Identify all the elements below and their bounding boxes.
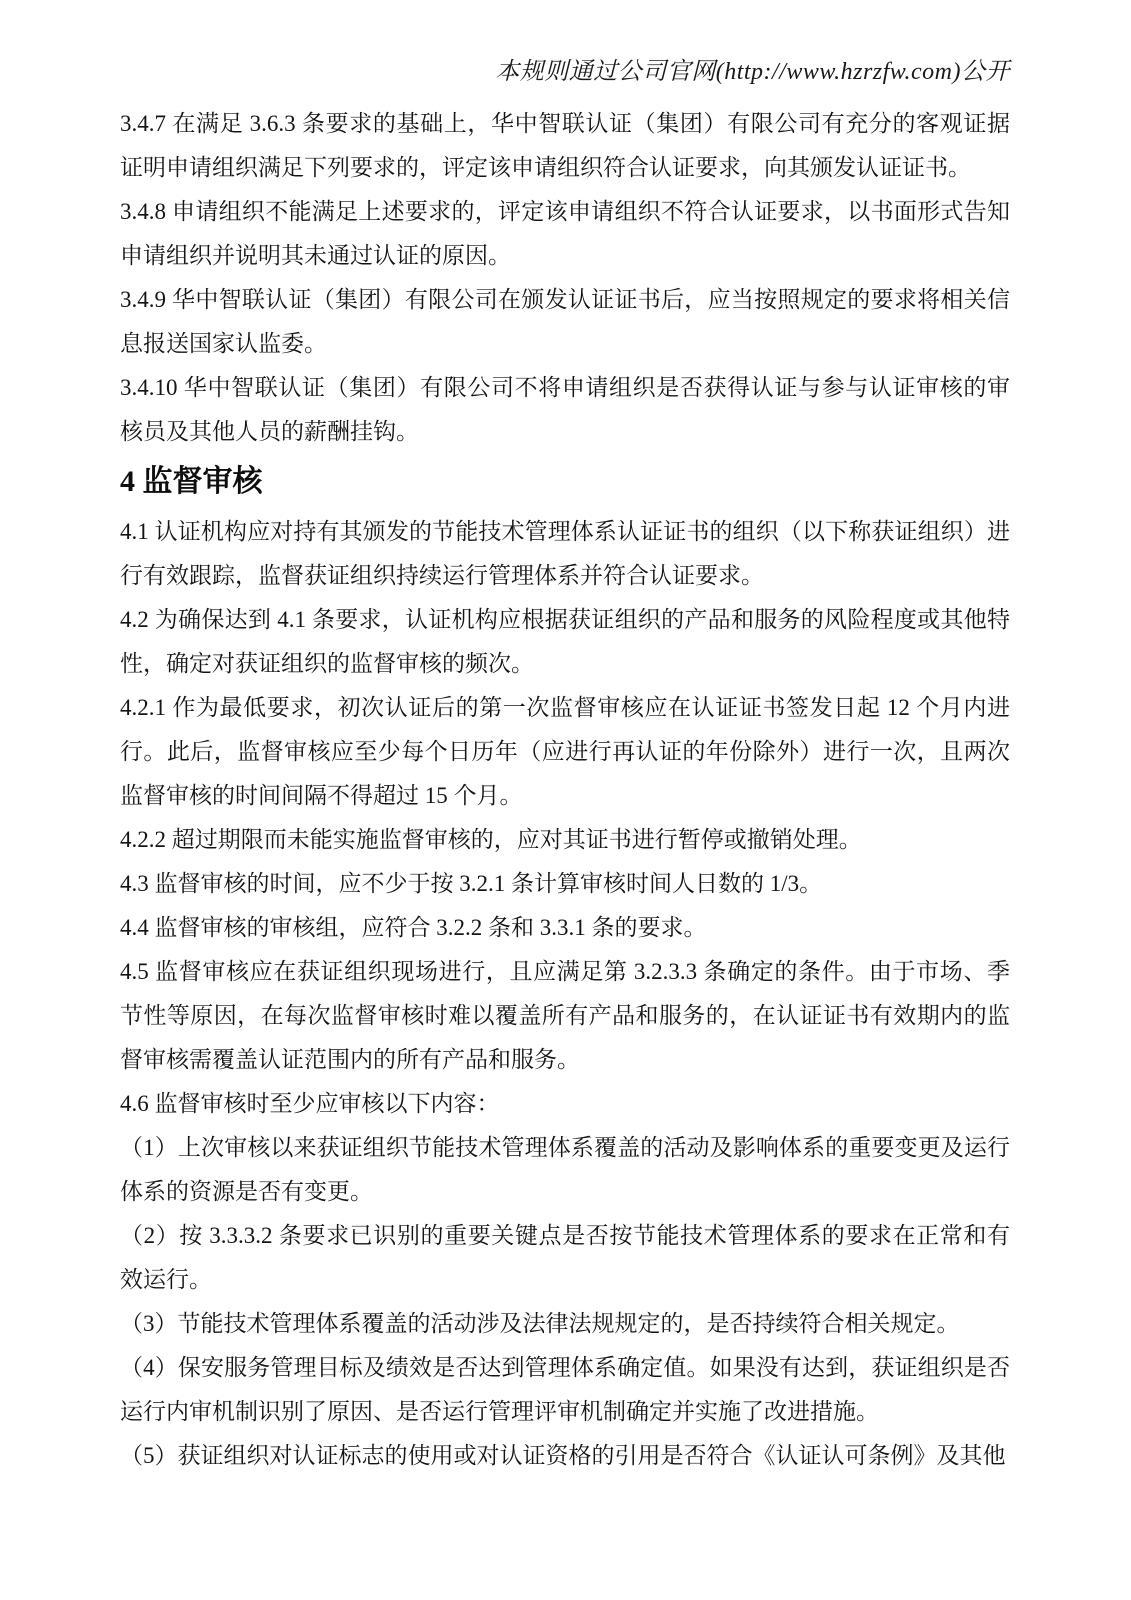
- paragraph-3-4-8: 3.4.8 申请组织不能满足上述要求的，评定该申请组织不符合认证要求，以书面形式…: [120, 190, 1010, 278]
- paragraph-4-6: 4.6 监督审核时至少应审核以下内容：: [120, 1082, 1010, 1126]
- paragraph-3-4-7: 3.4.7 在满足 3.6.3 条要求的基础上，华中智联认证（集团）有限公司有充…: [120, 102, 1010, 190]
- paragraph-4-5: 4.5 监督审核应在获证组织现场进行，且应满足第 3.2.3.3 条确定的条件。…: [120, 950, 1010, 1082]
- paragraph-4-2: 4.2 为确保达到 4.1 条要求，认证机构应根据获证组织的产品和服务的风险程度…: [120, 598, 1010, 686]
- paragraph-4-1: 4.1 认证机构应对持有其颁发的节能技术管理体系认证证书的组织（以下称获证组织）…: [120, 510, 1010, 598]
- paragraph-4-4: 4.4 监督审核的审核组，应符合 3.2.2 条和 3.3.1 条的要求。: [120, 906, 1010, 950]
- paragraph-4-2-1: 4.2.1 作为最低要求，初次认证后的第一次监督审核应在认证证书签发日起 12 …: [120, 686, 1010, 818]
- list-item-1: （1）上次审核以来获证组织节能技术管理体系覆盖的活动及影响体系的重要变更及运行体…: [120, 1126, 1010, 1214]
- document-body: 3.4.7 在满足 3.6.3 条要求的基础上，华中智联认证（集团）有限公司有充…: [120, 102, 1010, 1478]
- paragraph-3-4-9: 3.4.9 华中智联认证（集团）有限公司在颁发认证证书后，应当按照规定的要求将相…: [120, 278, 1010, 366]
- document-page: 本规则通过公司官网(http://www.hzrzfw.com)公开 3.4.7…: [0, 0, 1131, 1600]
- list-item-3: （3）节能技术管理体系覆盖的活动涉及法律法规规定的，是否持续符合相关规定。: [120, 1302, 1010, 1346]
- list-item-2: （2）按 3.3.3.2 条要求已识别的重要关键点是否按节能技术管理体系的要求在…: [120, 1214, 1010, 1302]
- paragraph-3-4-10: 3.4.10 华中智联认证（集团）有限公司不将申请组织是否获得认证与参与认证审核…: [120, 366, 1010, 454]
- paragraph-4-3: 4.3 监督审核的时间，应不少于按 3.2.1 条计算审核时间人日数的 1/3。: [120, 862, 1010, 906]
- list-item-5: （5）获证组织对认证标志的使用或对认证资格的引用是否符合《认证认可条例》及其他: [120, 1434, 1010, 1478]
- paragraph-4-2-2: 4.2.2 超过期限而未能实施监督审核的，应对其证书进行暂停或撤销处理。: [120, 818, 1010, 862]
- list-item-4: （4）保安服务管理目标及绩效是否达到管理体系确定值。如果没有达到，获证组织是否运…: [120, 1346, 1010, 1434]
- section-heading-4: 4 监督审核: [120, 462, 1010, 502]
- page-header-note: 本规则通过公司官网(http://www.hzrzfw.com)公开: [120, 56, 1010, 88]
